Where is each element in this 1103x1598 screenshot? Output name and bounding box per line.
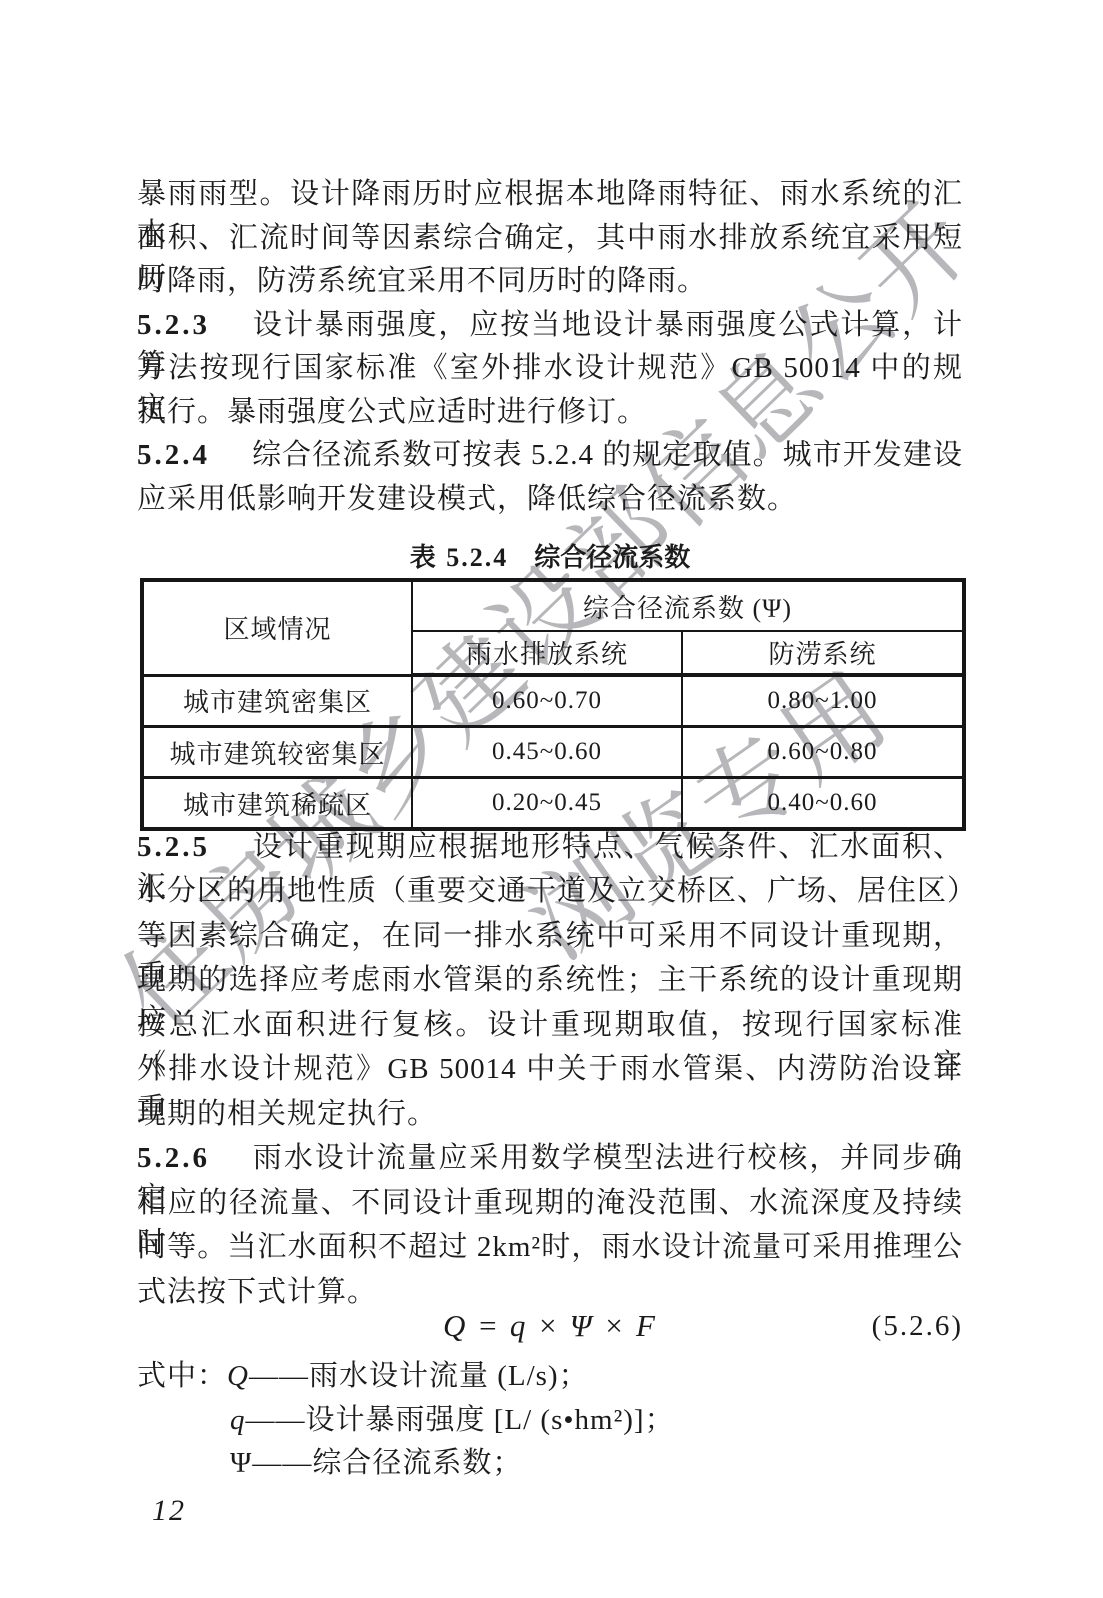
- body-line: 水分区的用地性质（重要交通干道及立交桥区、广场、居住区）: [137, 871, 963, 911]
- table-row: 城市建筑稀疏区 0.20~0.45 0.40~0.60: [142, 778, 964, 830]
- area-cell: 城市建筑稀疏区: [142, 778, 412, 830]
- body-line: 执行。暴雨强度公式应适时进行修订。: [137, 392, 963, 432]
- table-row: 城市建筑较密集区 0.45~0.60 0.60~0.80: [142, 727, 964, 778]
- table-title-text: 综合径流系数: [534, 543, 690, 572]
- definition-text: ——雨水设计流量 (L/s)；: [249, 1360, 589, 1392]
- table-header-drainage: 雨水排放系统: [412, 631, 682, 675]
- clause-text: 综合径流系数可按表 5.2.4 的规定取值。城市开发建设: [252, 439, 963, 471]
- definition-line: Ψ——综合径流系数；: [137, 1443, 1056, 1483]
- equation-expression: Q = q × Ψ × F: [443, 1308, 657, 1343]
- drain-value-cell: 0.45~0.60: [412, 727, 682, 778]
- flood-value-cell: 0.80~1.00: [682, 675, 964, 727]
- flood-value-cell: 0.60~0.80: [682, 727, 964, 778]
- clause-number: 5.2.4: [137, 439, 210, 471]
- definition-line: q——设计暴雨强度 [L/ (s•hm²)]；: [137, 1400, 1056, 1440]
- table-title: 表 5.2.4综合径流系数: [137, 542, 963, 574]
- clause-5-2-4: 5.2.4综合径流系数可按表 5.2.4 的规定取值。城市开发建设: [137, 435, 963, 475]
- clause-number: 5.2.3: [137, 309, 210, 341]
- equation-number: (5.2.6): [872, 1306, 963, 1346]
- clause-number: 5.2.5: [137, 831, 210, 863]
- definition-prefix: 式中：: [137, 1360, 227, 1392]
- runoff-coefficient-table: 区域情况 综合径流系数 (Ψ) 雨水排放系统 防涝系统 城市建筑密集区 0.60…: [140, 578, 966, 831]
- table-title-number: 表 5.2.4: [410, 543, 509, 572]
- symbol-Q: Q: [227, 1360, 249, 1392]
- body-line: 时降雨，防涝系统宜采用不同历时的降雨。: [137, 261, 963, 301]
- definition-line: 式中：Q——雨水设计流量 (L/s)；: [137, 1356, 963, 1396]
- definition-text: ——综合径流系数；: [252, 1447, 522, 1479]
- table-header-area: 区域情况: [142, 580, 412, 675]
- symbol-psi: Ψ: [230, 1447, 252, 1479]
- drain-value-cell: 0.20~0.45: [412, 778, 682, 830]
- area-cell: 城市建筑较密集区: [142, 727, 412, 778]
- body-line: 间等。当汇水面积不超过 2km²时，雨水设计流量可采用推理公: [137, 1227, 963, 1267]
- body-line: 应采用低影响开发建设模式，降低综合径流系数。: [137, 479, 963, 519]
- body-line: 现期的相关规定执行。: [137, 1094, 963, 1134]
- drain-value-cell: 0.60~0.70: [412, 675, 682, 727]
- clause-number: 5.2.6: [137, 1142, 210, 1174]
- table-header-flood-control: 防涝系统: [682, 631, 964, 675]
- equation-row: Q = q × Ψ × F (5.2.6): [137, 1306, 963, 1346]
- document-page: { "watermark": { "main": "住房城乡建设部信息公开", …: [0, 0, 1103, 1598]
- table-header-coefficient: 综合径流系数 (Ψ): [412, 580, 964, 631]
- flood-value-cell: 0.40~0.60: [682, 778, 964, 830]
- symbol-q: q: [230, 1404, 246, 1436]
- definition-text: ——设计暴雨强度 [L/ (s•hm²)]；: [246, 1404, 675, 1436]
- table-row: 城市建筑密集区 0.60~0.70 0.80~1.00: [142, 675, 964, 727]
- area-cell: 城市建筑密集区: [142, 675, 412, 727]
- page-number: 12: [152, 1494, 186, 1528]
